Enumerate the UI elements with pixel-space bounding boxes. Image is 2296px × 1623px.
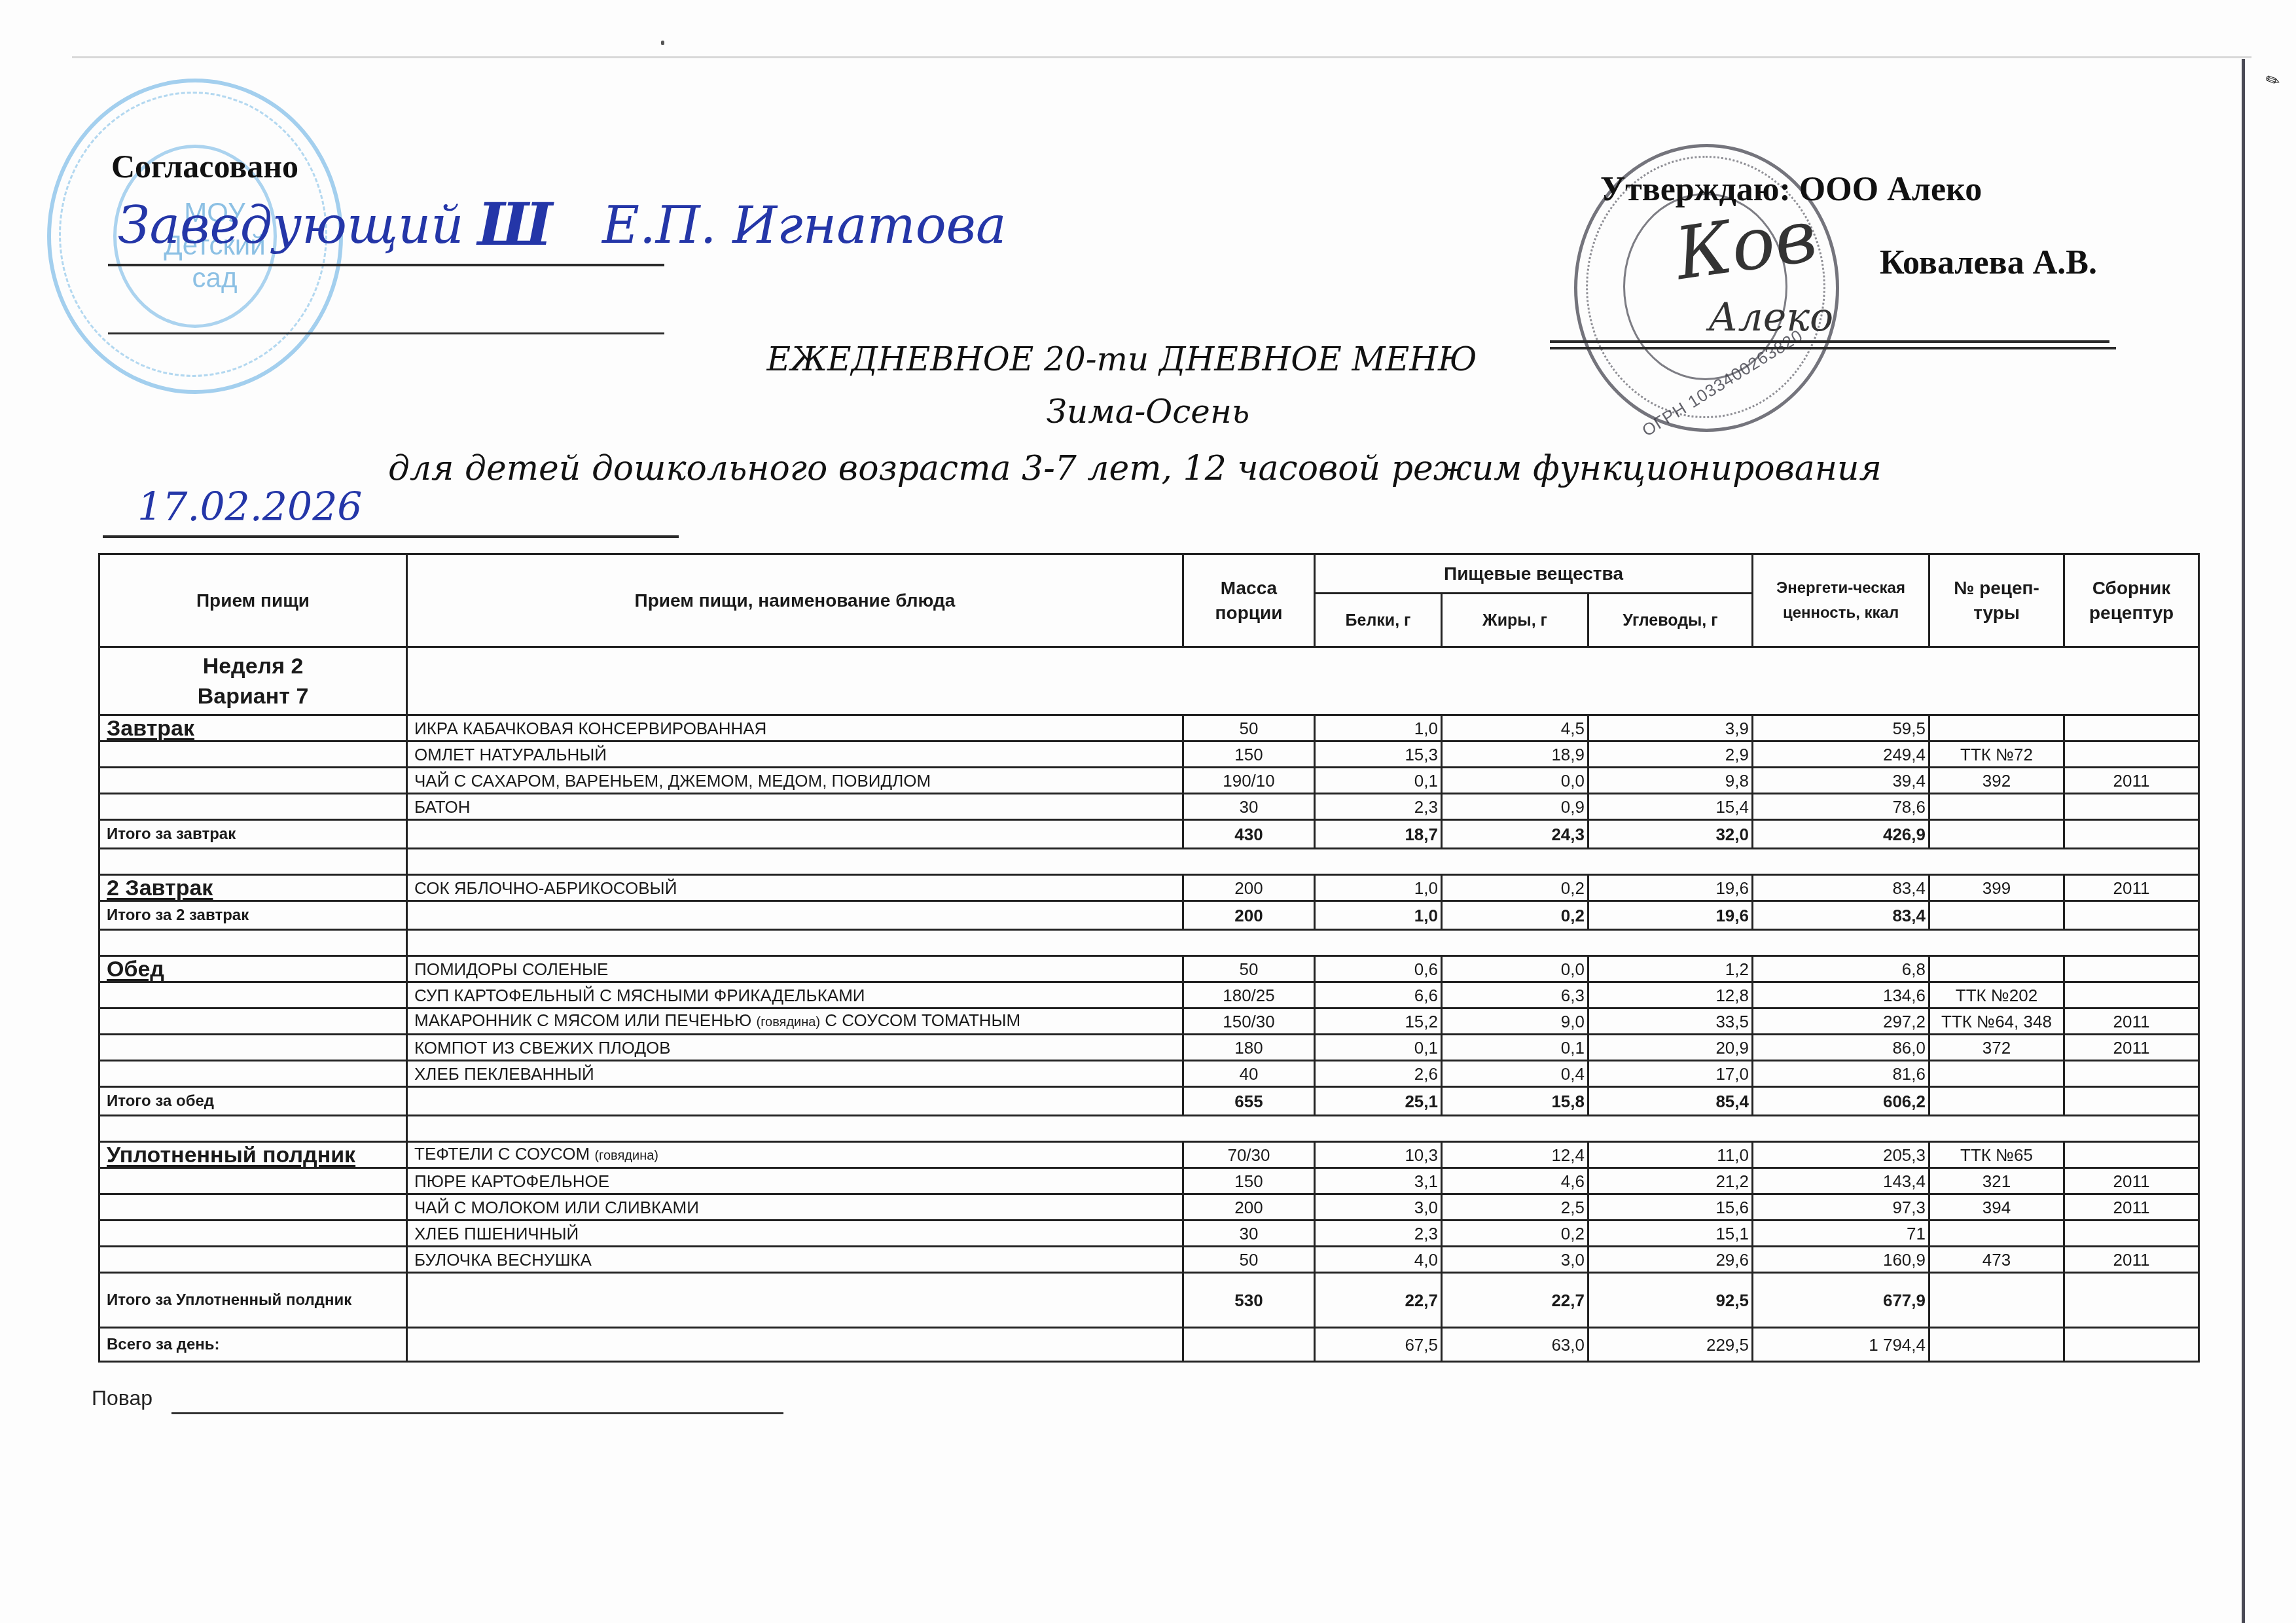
cell-collection: 2011	[2064, 1194, 2199, 1221]
cell-collection: 2011	[2064, 1008, 2199, 1035]
cell-carbs: 15,1	[1588, 1221, 1753, 1247]
day-total-recipe-empty	[1929, 1328, 2064, 1362]
total-dish-empty	[407, 1273, 1183, 1328]
total-energy: 426,9	[1753, 820, 1929, 849]
cell-recipe	[1929, 956, 2064, 982]
week-label: Неделя 2	[107, 651, 399, 681]
cell-collection	[2064, 1221, 2199, 1247]
cell-carbs: 1,2	[1588, 956, 1753, 982]
total-fat: 22,7	[1442, 1273, 1588, 1328]
day-total-dish-empty	[407, 1328, 1183, 1362]
cell-recipe: 473	[1929, 1247, 2064, 1273]
variant-label: Вариант 7	[107, 681, 399, 711]
scan-edge-top	[72, 56, 2251, 58]
menu-subtitle: для детей дошкольного возраста 3-7 лет, …	[0, 449, 2283, 488]
menu-table-body: Неделя 2 Вариант 7 ЗавтракИКРА КАБАЧКОВА…	[99, 647, 2199, 1362]
cell-carbs: 29,6	[1588, 1247, 1753, 1273]
section-total-row: Итого за обед65525,115,885,4606,2	[99, 1087, 2199, 1116]
total-energy: 83,4	[1753, 901, 1929, 930]
cell-energy: 160,9	[1753, 1247, 1929, 1273]
cell-energy: 59,5	[1753, 715, 1929, 741]
cell-protein: 15,3	[1315, 741, 1442, 768]
dish-name: БАТОН	[407, 794, 1183, 820]
dish-name: БУЛОЧКА ВЕСНУШКА	[407, 1247, 1183, 1273]
cell-energy: 143,4	[1753, 1168, 1929, 1194]
cell-energy: 86,0	[1753, 1035, 1929, 1061]
total-mass: 655	[1183, 1087, 1315, 1116]
meal-empty	[99, 1061, 407, 1087]
total-protein: 1,0	[1315, 901, 1442, 930]
total-mass: 530	[1183, 1273, 1315, 1328]
cell-recipe: ТТК №64, 348	[1929, 1008, 2064, 1035]
dish-name: КОМПОТ ИЗ СВЕЖИХ ПЛОДОВ	[407, 1035, 1183, 1061]
cell-recipe	[1929, 794, 2064, 820]
header-dish: Прием пищи, наименование блюда	[407, 554, 1183, 647]
cell-recipe: 321	[1929, 1168, 2064, 1194]
cell-collection	[2064, 794, 2199, 820]
dish-text: СУП КАРТОФЕЛЬНЫЙ С МЯСНЫМИ ФРИКАДЕЛЬКАМИ	[414, 986, 865, 1005]
cell-carbs: 11,0	[1588, 1142, 1753, 1168]
cell-mass: 200	[1183, 875, 1315, 901]
meal-empty	[99, 982, 407, 1008]
total-carbs: 92,5	[1588, 1273, 1753, 1328]
cell-carbs: 20,9	[1588, 1035, 1753, 1061]
cell-carbs: 2,9	[1588, 741, 1753, 768]
day-total-mass	[1183, 1328, 1315, 1362]
dish-text: ЧАЙ С САХАРОМ, ВАРЕНЬЕМ, ДЖЕМОМ, МЕДОМ, …	[414, 771, 931, 791]
day-total-collection-empty	[2064, 1328, 2199, 1362]
approval-left-label: Согласовано	[111, 148, 298, 185]
cell-protein: 3,1	[1315, 1168, 1442, 1194]
header-meal: Прием пищи	[99, 554, 407, 647]
approval-right-name: Ковалева А.В.	[1880, 243, 2097, 282]
cell-carbs: 17,0	[1588, 1061, 1753, 1087]
cell-energy: 297,2	[1753, 1008, 1929, 1035]
day-total-fat: 63,0	[1442, 1328, 1588, 1362]
cell-protein: 3,0	[1315, 1194, 1442, 1221]
cell-collection	[2064, 956, 2199, 982]
cell-fat: 0,1	[1442, 1035, 1588, 1061]
dish-name: СОК ЯБЛОЧНО-АБРИКОСОВЫЙ	[407, 875, 1183, 901]
cell-collection	[2064, 982, 2199, 1008]
signature-line-left	[108, 264, 664, 266]
dish-text: ЧАЙ С МОЛОКОМ ИЛИ СЛИВКАМИ	[414, 1198, 699, 1217]
cell-carbs: 21,2	[1588, 1168, 1753, 1194]
cell-energy: 78,6	[1753, 794, 1929, 820]
cell-energy: 6,8	[1753, 956, 1929, 982]
date-line	[103, 535, 679, 538]
cell-fat: 3,0	[1442, 1247, 1588, 1273]
total-carbs: 85,4	[1588, 1087, 1753, 1116]
total-fat: 0,2	[1442, 901, 1588, 930]
cell-protein: 0,1	[1315, 1035, 1442, 1061]
cell-mass: 30	[1183, 794, 1315, 820]
company-stamp-center: Алеко	[1708, 294, 1833, 340]
scan-dot	[661, 41, 664, 45]
menu-document-page: ✎ МОУ Детский сад Согласовано Заведующий…	[0, 0, 2296, 1623]
header-nutrients: Пищевые вещества	[1315, 554, 1753, 594]
header-protein: Белки, г	[1315, 594, 1442, 647]
dish-name: ХЛЕБ ПЕКЛЕВАННЫЙ	[407, 1061, 1183, 1087]
dish-name: ЧАЙ С МОЛОКОМ ИЛИ СЛИВКАМИ	[407, 1194, 1183, 1221]
day-total-row: Всего за день:67,563,0229,51 794,4	[99, 1328, 2199, 1362]
total-dish-empty	[407, 820, 1183, 849]
cell-mass: 200	[1183, 1194, 1315, 1221]
header-collection: Сборник рецептур	[2064, 554, 2199, 647]
cell-mass: 50	[1183, 1247, 1315, 1273]
cell-recipe: 394	[1929, 1194, 2064, 1221]
cell-mass: 180	[1183, 1035, 1315, 1061]
cell-fat: 4,5	[1442, 715, 1588, 741]
day-total-carbs: 229,5	[1588, 1328, 1753, 1362]
cell-fat: 0,2	[1442, 875, 1588, 901]
total-protein: 25,1	[1315, 1087, 1442, 1116]
cell-protein: 2,6	[1315, 1061, 1442, 1087]
signature-line-left-2	[108, 332, 664, 334]
cell-protein: 4,0	[1315, 1247, 1442, 1273]
menu-table: Прием пищи Прием пищи, наименование блюд…	[98, 553, 2200, 1363]
day-total-label: Всего за день:	[99, 1328, 407, 1362]
cell-mass: 70/30	[1183, 1142, 1315, 1168]
dish-text: СОК ЯБЛОЧНО-АБРИКОСОВЫЙ	[414, 878, 677, 898]
spacer-cell	[407, 930, 2199, 956]
cell-fat: 4,6	[1442, 1168, 1588, 1194]
cell-recipe: 372	[1929, 1035, 2064, 1061]
total-dish-empty	[407, 1087, 1183, 1116]
cell-energy: 81,6	[1753, 1061, 1929, 1087]
total-fat: 24,3	[1442, 820, 1588, 849]
total-mass: 200	[1183, 901, 1315, 930]
cell-carbs: 19,6	[1588, 875, 1753, 901]
dish-name: ПОМИДОРЫ СОЛЕНЫЕ	[407, 956, 1183, 982]
cell-collection: 2011	[2064, 1035, 2199, 1061]
cell-collection	[2064, 1142, 2199, 1168]
cell-mass: 150	[1183, 741, 1315, 768]
week-variant-cell: Неделя 2 Вариант 7	[99, 647, 407, 715]
dish-text: БАТОН	[414, 797, 471, 817]
cell-recipe: ТТК №202	[1929, 982, 2064, 1008]
meal-empty	[99, 1247, 407, 1273]
total-dish-empty	[407, 901, 1183, 930]
meal-name: 2 Завтрак	[99, 875, 407, 901]
dish-name: ХЛЕБ ПШЕНИЧНЫЙ	[407, 1221, 1183, 1247]
cell-energy: 39,4	[1753, 768, 1929, 794]
header-carbs: Углеводы, г	[1588, 594, 1753, 647]
total-collection-empty	[2064, 1273, 2199, 1328]
table-row: ХЛЕБ ПШЕНИЧНЫЙ302,30,215,171	[99, 1221, 2199, 1247]
week-row: Неделя 2 Вариант 7	[99, 647, 2199, 715]
menu-title: ЕЖЕДНЕВНОЕ 20-ти ДНЕВНОЕ МЕНЮ	[0, 340, 2270, 378]
cell-fat: 9,0	[1442, 1008, 1588, 1035]
dish-text-tail: С СОУСОМ ТОМАТНЫМ	[825, 1010, 1020, 1030]
cell-energy: 83,4	[1753, 875, 1929, 901]
meal-empty	[99, 1008, 407, 1035]
cell-collection	[2064, 715, 2199, 741]
cell-mass: 150	[1183, 1168, 1315, 1194]
cell-recipe	[1929, 715, 2064, 741]
cell-recipe: ТТК №65	[1929, 1142, 2064, 1168]
table-row: Уплотненный полдникТЕФТЕЛИ С СОУСОМ (гов…	[99, 1142, 2199, 1168]
section-total-row: Итого за Уплотненный полдник53022,722,79…	[99, 1273, 2199, 1328]
cell-protein: 2,3	[1315, 1221, 1442, 1247]
spacer-cell	[407, 849, 2199, 875]
day-total-energy: 1 794,4	[1753, 1328, 1929, 1362]
section-total-row: Итого за завтрак43018,724,332,0426,9	[99, 820, 2199, 849]
cook-signature-line	[171, 1412, 783, 1414]
cell-protein: 0,6	[1315, 956, 1442, 982]
meal-empty	[99, 1221, 407, 1247]
total-protein: 18,7	[1315, 820, 1442, 849]
cell-protein: 0,1	[1315, 768, 1442, 794]
section-total-row: Итого за 2 завтрак2001,00,219,683,4	[99, 901, 2199, 930]
total-recipe-empty	[1929, 1087, 2064, 1116]
cell-energy: 134,6	[1753, 982, 1929, 1008]
total-label: Итого за Уплотненный полдник	[99, 1273, 407, 1328]
cell-collection: 2011	[2064, 1168, 2199, 1194]
dish-name: ПЮРЕ КАРТОФЕЛЬНОЕ	[407, 1168, 1183, 1194]
cell-carbs: 33,5	[1588, 1008, 1753, 1035]
dish-text: ПОМИДОРЫ СОЛЕНЫЕ	[414, 959, 608, 979]
dish-name: ИКРА КАБАЧКОВАЯ КОНСЕРВИРОВАННАЯ	[407, 715, 1183, 741]
cell-mass: 180/25	[1183, 982, 1315, 1008]
cell-carbs: 15,4	[1588, 794, 1753, 820]
cook-label: Повар	[92, 1386, 152, 1410]
cell-collection	[2064, 1061, 2199, 1087]
cell-energy: 71	[1753, 1221, 1929, 1247]
meal-empty	[99, 741, 407, 768]
header-recipe-no: № рецеп-туры	[1929, 554, 2064, 647]
cell-energy: 249,4	[1753, 741, 1929, 768]
table-row: ОбедПОМИДОРЫ СОЛЕНЫЕ500,60,01,26,8	[99, 956, 2199, 982]
dish-text: БУЛОЧКА ВЕСНУШКА	[414, 1250, 592, 1270]
cell-fat: 0,0	[1442, 768, 1588, 794]
spacer-cell	[99, 1116, 407, 1142]
meal-name: Обед	[99, 956, 407, 982]
dish-text: ПЮРЕ КАРТОФЕЛЬНОЕ	[414, 1171, 609, 1191]
cell-mass: 30	[1183, 1221, 1315, 1247]
section-spacer-row	[99, 930, 2199, 956]
cell-fat: 12,4	[1442, 1142, 1588, 1168]
cell-collection: 2011	[2064, 768, 2199, 794]
total-label: Итого за обед	[99, 1087, 407, 1116]
cell-collection: 2011	[2064, 1247, 2199, 1273]
table-row: БАТОН302,30,915,478,6	[99, 794, 2199, 820]
cell-fat: 0,0	[1442, 956, 1588, 982]
table-row: 2 ЗавтракСОК ЯБЛОЧНО-АБРИКОСОВЫЙ2001,00,…	[99, 875, 2199, 901]
section-spacer-row	[99, 849, 2199, 875]
handwritten-signature-left: Ш	[478, 190, 552, 259]
cell-fat: 0,4	[1442, 1061, 1588, 1087]
table-row: КОМПОТ ИЗ СВЕЖИХ ПЛОДОВ1800,10,120,986,0…	[99, 1035, 2199, 1061]
cell-protein: 2,3	[1315, 794, 1442, 820]
spacer-cell	[99, 849, 407, 875]
dish-text: ХЛЕБ ПШЕНИЧНЫЙ	[414, 1224, 579, 1243]
meal-empty	[99, 1035, 407, 1061]
header-fat: Жиры, г	[1442, 594, 1588, 647]
total-carbs: 32,0	[1588, 820, 1753, 849]
total-collection-empty	[2064, 1087, 2199, 1116]
cell-protein: 10,3	[1315, 1142, 1442, 1168]
cell-energy: 205,3	[1753, 1142, 1929, 1168]
cell-protein: 15,2	[1315, 1008, 1442, 1035]
total-recipe-empty	[1929, 901, 2064, 930]
dish-name: ТЕФТЕЛИ С СОУСОМ (говядина)	[407, 1142, 1183, 1168]
approval-left-block: Согласовано	[111, 147, 298, 185]
meal-empty	[99, 1194, 407, 1221]
meal-empty	[99, 1168, 407, 1194]
cell-protein: 1,0	[1315, 875, 1442, 901]
cell-carbs: 12,8	[1588, 982, 1753, 1008]
cell-energy: 97,3	[1753, 1194, 1929, 1221]
total-recipe-empty	[1929, 820, 2064, 849]
total-carbs: 19,6	[1588, 901, 1753, 930]
section-spacer-row	[99, 1116, 2199, 1142]
dish-name: СУП КАРТОФЕЛЬНЫЙ С МЯСНЫМИ ФРИКАДЕЛЬКАМИ	[407, 982, 1183, 1008]
header-energy: Энергети-ческая ценность, ккал	[1753, 554, 1929, 647]
total-energy: 606,2	[1753, 1087, 1929, 1116]
meal-empty	[99, 768, 407, 794]
total-fat: 15,8	[1442, 1087, 1588, 1116]
cell-collection	[2064, 741, 2199, 768]
cell-protein: 1,0	[1315, 715, 1442, 741]
total-mass: 430	[1183, 820, 1315, 849]
cell-fat: 0,9	[1442, 794, 1588, 820]
dish-note: (говядина)	[594, 1149, 658, 1163]
table-row: ЧАЙ С МОЛОКОМ ИЛИ СЛИВКАМИ2003,02,515,69…	[99, 1194, 2199, 1221]
meal-name: Завтрак	[99, 715, 407, 741]
menu-season: Зима-Осень	[0, 393, 2296, 431]
cell-carbs: 15,6	[1588, 1194, 1753, 1221]
table-row: ПЮРЕ КАРТОФЕЛЬНОЕ1503,14,621,2143,432120…	[99, 1168, 2199, 1194]
total-energy: 677,9	[1753, 1273, 1929, 1328]
dish-text: ИКРА КАБАЧКОВАЯ КОНСЕРВИРОВАННАЯ	[414, 719, 766, 738]
dish-name: ЧАЙ С САХАРОМ, ВАРЕНЬЕМ, ДЖЕМОМ, МЕДОМ, …	[407, 768, 1183, 794]
cell-recipe: 399	[1929, 875, 2064, 901]
cell-mass: 190/10	[1183, 768, 1315, 794]
meal-empty	[99, 794, 407, 820]
cell-fat: 18,9	[1442, 741, 1588, 768]
cell-mass: 50	[1183, 715, 1315, 741]
table-row: ЧАЙ С САХАРОМ, ВАРЕНЬЕМ, ДЖЕМОМ, МЕДОМ, …	[99, 768, 2199, 794]
total-recipe-empty	[1929, 1273, 2064, 1328]
cell-recipe: 392	[1929, 768, 2064, 794]
day-total-protein: 67,5	[1315, 1328, 1442, 1362]
total-collection-empty	[2064, 901, 2199, 930]
cell-fat: 0,2	[1442, 1221, 1588, 1247]
cell-recipe: ТТК №72	[1929, 741, 2064, 768]
cell-fat: 6,3	[1442, 982, 1588, 1008]
table-row: БУЛОЧКА ВЕСНУШКА504,03,029,6160,94732011	[99, 1247, 2199, 1273]
total-protein: 22,7	[1315, 1273, 1442, 1328]
dish-name: МАКАРОННИК С МЯСОМ ИЛИ ПЕЧЕНЬЮ (говядина…	[407, 1008, 1183, 1035]
spacer-cell	[99, 930, 407, 956]
cell-recipe	[1929, 1221, 2064, 1247]
table-row: МАКАРОННИК С МЯСОМ ИЛИ ПЕЧЕНЬЮ (говядина…	[99, 1008, 2199, 1035]
cell-mass: 50	[1183, 956, 1315, 982]
meal-name: Уплотненный полдник	[99, 1142, 407, 1168]
cell-protein: 6,6	[1315, 982, 1442, 1008]
cell-mass: 40	[1183, 1061, 1315, 1087]
scan-edge-right	[2242, 59, 2245, 1623]
dish-name: ОМЛЕТ НАТУРАЛЬНЫЙ	[407, 741, 1183, 768]
cell-carbs: 3,9	[1588, 715, 1753, 741]
dish-text: ХЛЕБ ПЕКЛЕВАННЫЙ	[414, 1064, 594, 1084]
cell-fat: 2,5	[1442, 1194, 1588, 1221]
cell-mass: 150/30	[1183, 1008, 1315, 1035]
handwritten-date: 17.02.2026	[137, 484, 363, 530]
table-row: ЗавтракИКРА КАБАЧКОВАЯ КОНСЕРВИРОВАННАЯ5…	[99, 715, 2199, 741]
table-row: СУП КАРТОФЕЛЬНЫЙ С МЯСНЫМИ ФРИКАДЕЛЬКАМИ…	[99, 982, 2199, 1008]
scan-mark: ✎	[2262, 69, 2284, 93]
week-row-empty	[407, 647, 2199, 715]
total-collection-empty	[2064, 820, 2199, 849]
table-row: ХЛЕБ ПЕКЛЕВАННЫЙ402,60,417,081,6	[99, 1061, 2199, 1087]
total-label: Итого за 2 завтрак	[99, 901, 407, 930]
spacer-cell	[407, 1116, 2199, 1142]
dish-text: МАКАРОННИК С МЯСОМ ИЛИ ПЕЧЕНЬЮ	[414, 1010, 751, 1030]
dish-text: ТЕФТЕЛИ С СОУСОМ	[414, 1144, 590, 1164]
table-header-row-1: Прием пищи Прием пищи, наименование блюд…	[99, 554, 2199, 594]
cell-recipe	[1929, 1061, 2064, 1087]
total-label: Итого за завтрак	[99, 820, 407, 849]
dish-text: КОМПОТ ИЗ СВЕЖИХ ПЛОДОВ	[414, 1038, 671, 1058]
cell-collection: 2011	[2064, 875, 2199, 901]
handwritten-name-left: Е.П. Игнатова	[602, 196, 1007, 255]
dish-note: (говядина)	[757, 1015, 821, 1029]
handwritten-position: Заведующий	[118, 196, 464, 255]
header-mass: Масса порции	[1183, 554, 1315, 647]
table-row: ОМЛЕТ НАТУРАЛЬНЫЙ15015,318,92,9249,4ТТК …	[99, 741, 2199, 768]
cell-carbs: 9,8	[1588, 768, 1753, 794]
dish-text: ОМЛЕТ НАТУРАЛЬНЫЙ	[414, 745, 607, 764]
